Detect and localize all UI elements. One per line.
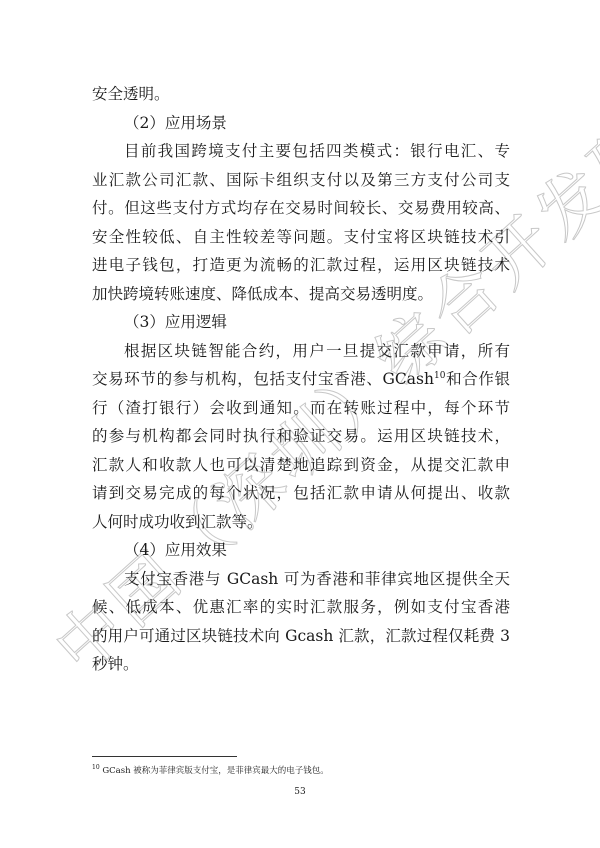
footnote: 10 GCash 被称为菲律宾版支付宝，是菲律宾最大的电子钱包。 [92,764,329,776]
line-text-after: 和合作银 [445,370,510,388]
paragraph-line: 行（渣打银行）会收到通知。而在转账过程中，每个环节 [92,394,510,423]
paragraph-line-with-footnote-ref: 交易环节的参与机构，包括支付宝香港、GCash10和合作银 [92,365,510,394]
paragraph-line: 汇款人和收款人也可以清楚地追踪到资金，从提交汇款申 [92,451,510,480]
section-heading-application-effect: （4）应用效果 [92,536,510,565]
paragraph-line: 人何时成功收到汇款等。 [92,508,510,537]
paragraph-line: 支付宝香港与 GCash 可为香港和菲律宾地区提供全天 [92,565,510,594]
paragraph-line: 根据区块链智能合约，用户一旦提交汇款申请，所有 [92,337,510,366]
footnote-text: GCash 被称为菲律宾版支付宝，是菲律宾最大的电子钱包。 [100,766,329,776]
paragraph-line: 付。但这些支付方式均存在交易时间较长、交易费用较高、 [92,194,510,223]
footnote-divider [92,756,237,757]
line-text: 交易环节的参与机构，包括支付宝香港、GCash [92,370,434,388]
paragraph-line: 进电子钱包，打造更为流畅的汇款过程，运用区块链技术 [92,251,510,280]
paragraph-line: 候、低成本、优惠汇率的实时汇款服务，例如支付宝香港 [92,593,510,622]
paragraph-line: 目前我国跨境支付主要包括四类模式：银行电汇、专 [92,137,510,166]
section-heading-application-scenario: （2）应用场景 [92,109,510,138]
footnote-number: 10 [92,764,100,771]
paragraph-line: 的参与机构都会同时执行和验证交易。运用区块链技术， [92,422,510,451]
body-text: 安全透明。 （2）应用场景 目前我国跨境支付主要包括四类模式：银行电汇、专 业汇… [92,80,510,679]
paragraph-line: 加快跨境转账速度、降低成本、提高交易透明度。 [92,280,510,309]
paragraph-line: 安全性较低、自主性较差等问题。支付宝将区块链技术引 [92,223,510,252]
page-number: 53 [0,787,600,797]
paragraph-line: 业汇款公司汇款、国际卡组织支付以及第三方支付公司支 [92,166,510,195]
footnote-ref[interactable]: 10 [434,371,445,381]
paragraph-line: 安全透明。 [92,80,510,109]
paragraph-line: 的用户可通过区块链技术向 Gcash 汇款，汇款过程仅耗费 3 [92,622,510,651]
paragraph-line: 请到交易完成的每个状况，包括汇款申请从何提出、收款 [92,479,510,508]
paragraph-line: 秒钟。 [92,650,510,679]
section-heading-application-logic: （3）应用逻辑 [92,308,510,337]
document-page: 中国（深圳）综合开发研究院 安全透明。 （2）应用场景 目前我国跨境支付主要包括… [0,0,600,848]
